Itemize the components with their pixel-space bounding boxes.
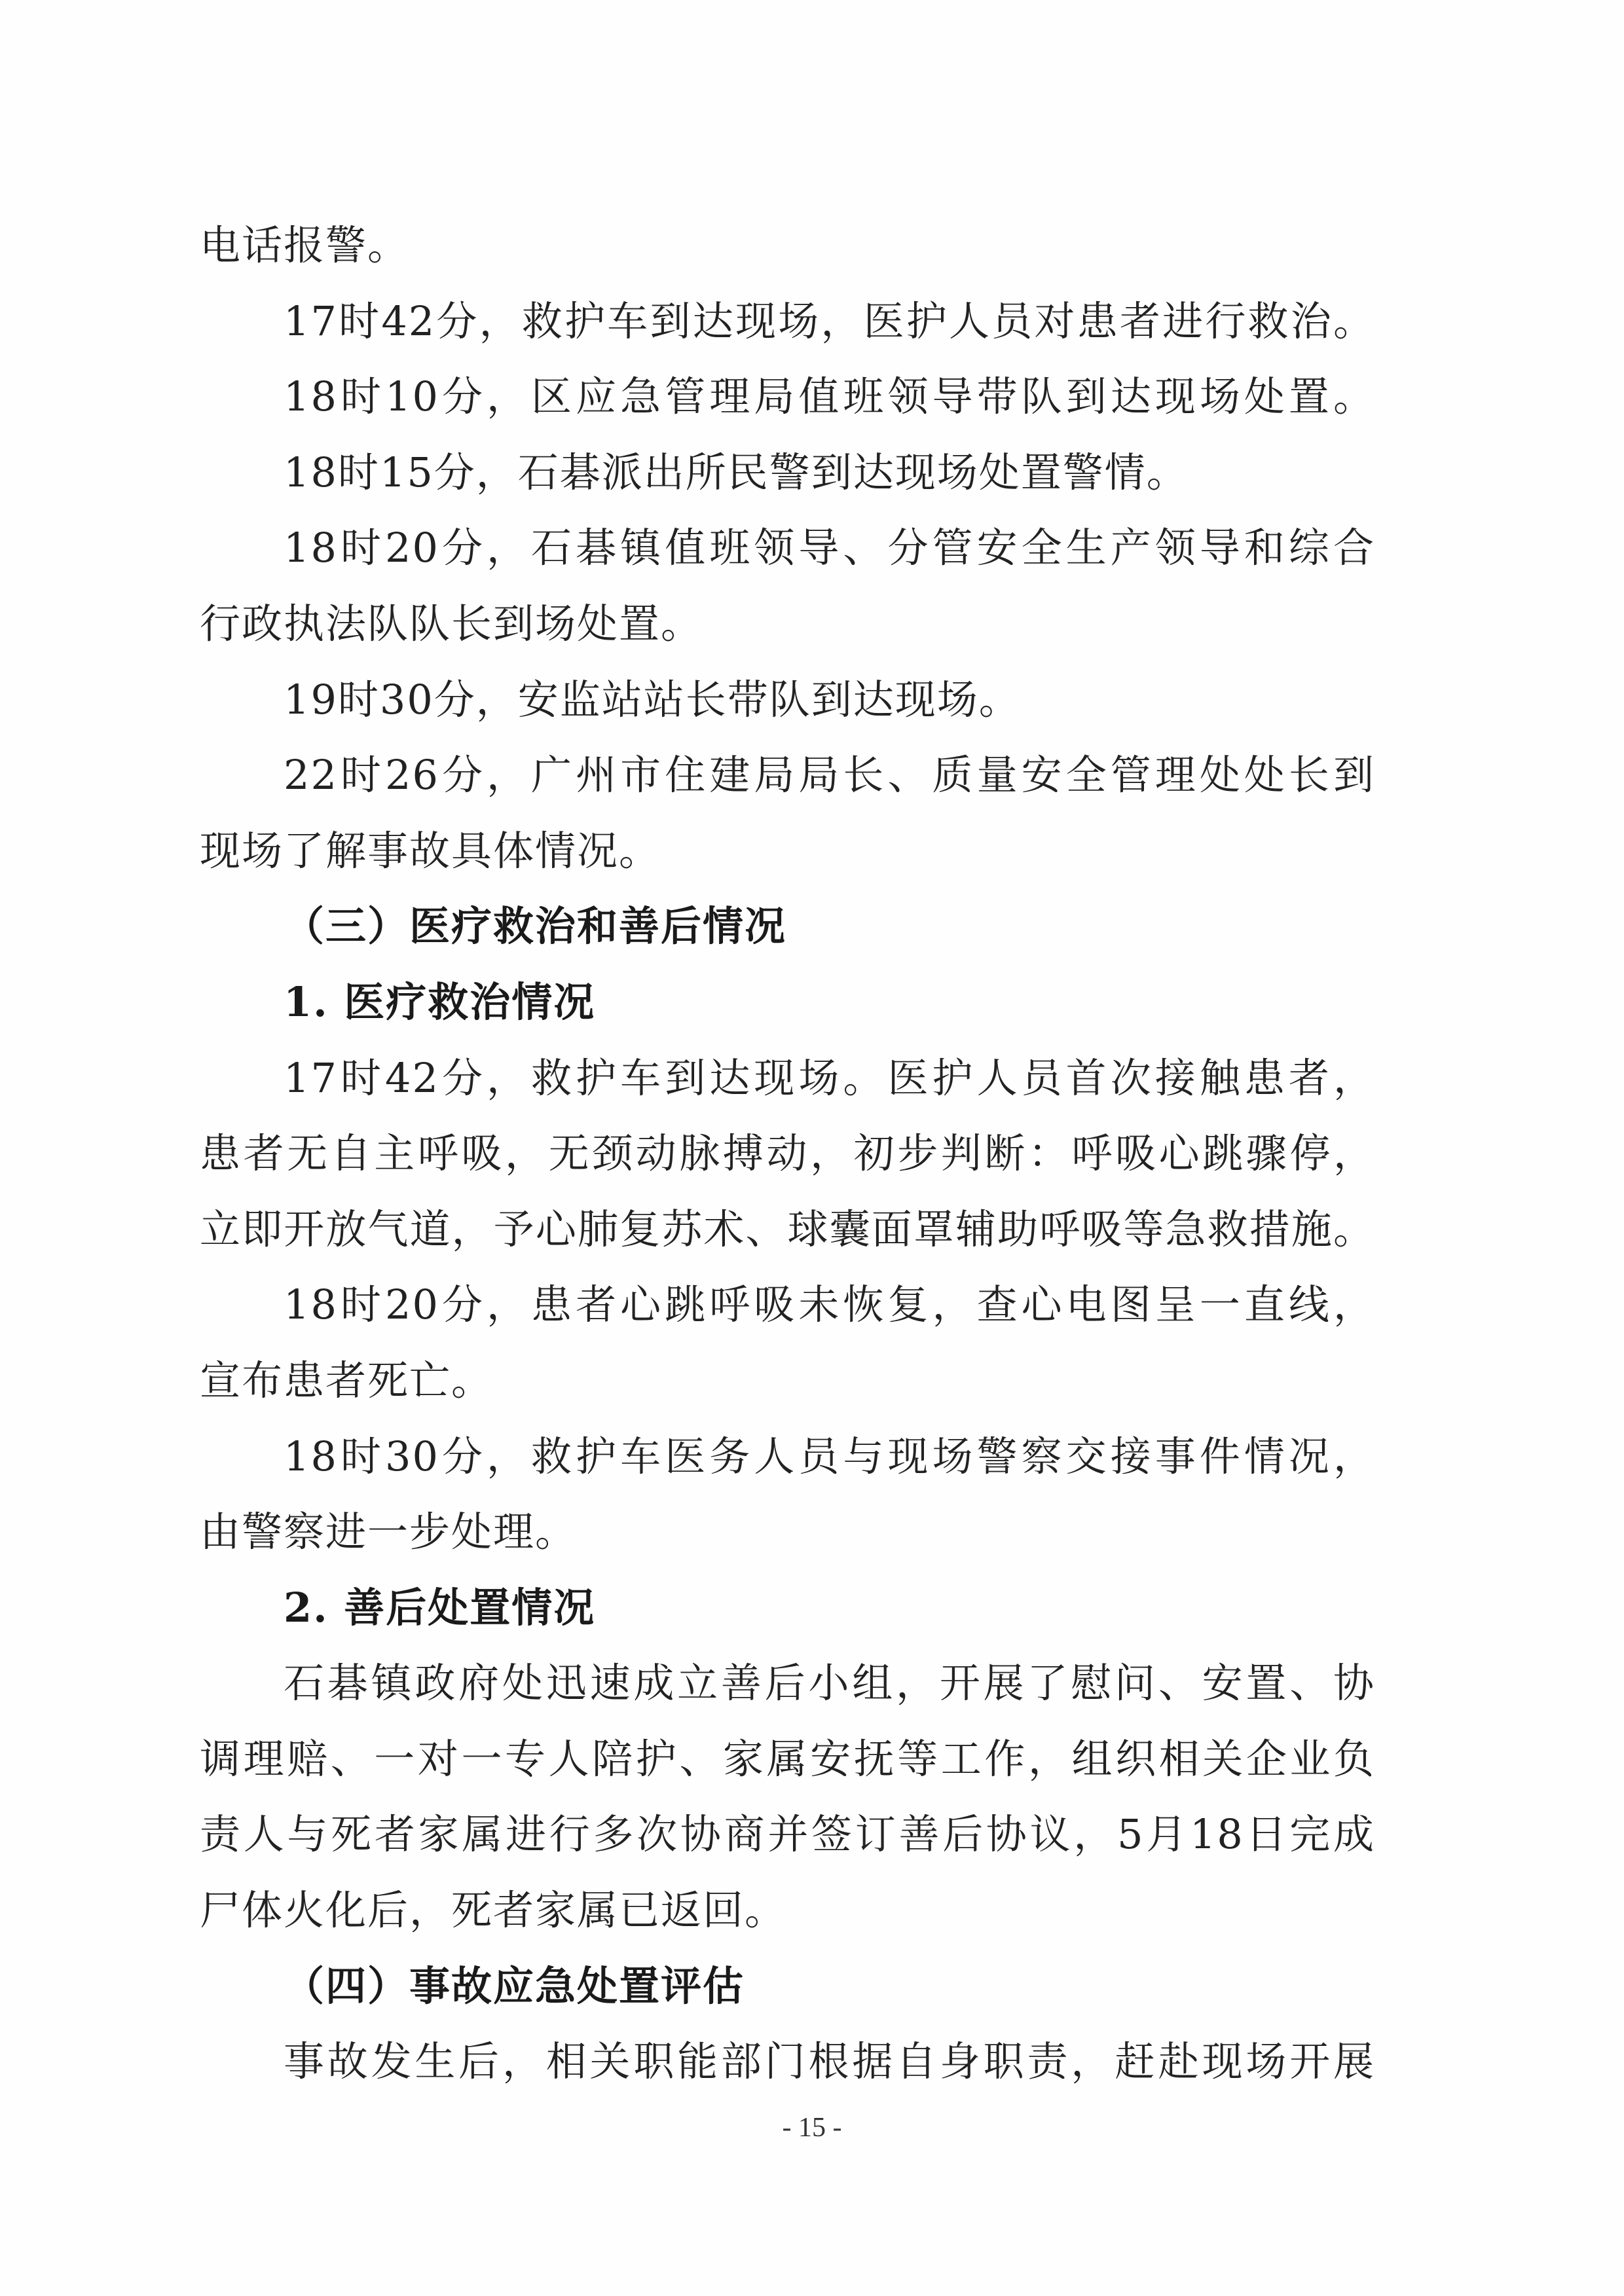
text-line: 18时15分，石碁派出所民警到达现场处置警情。 <box>200 435 1375 511</box>
text-line: 18时10分，区应急管理局值班领导带队到达现场处置。 <box>200 359 1375 435</box>
text-line: 18时20分，患者心跳呼吸未恢复，查心电图呈一直线， <box>200 1267 1375 1343</box>
text-line: 17时42分，救护车到达现场，医护人员对患者进行救治。 <box>200 283 1375 359</box>
text-line: 18时20分，石碁镇值班领导、分管安全生产领导和综合 <box>200 510 1375 586</box>
text-line: 尸体火化后，死者家属已返回。 <box>200 1872 1375 1948</box>
section-heading: （四）事故应急处置评估 <box>200 1948 1375 2024</box>
subsection-heading: 2. 善后处置情况 <box>200 1570 1375 1646</box>
subsection-heading: 1. 医疗救治情况 <box>200 964 1375 1040</box>
text-line: 17时42分，救护车到达现场。医护人员首次接触患者， <box>200 1040 1375 1116</box>
text-line: 行政执法队队长到场处置。 <box>200 586 1375 662</box>
text-line: 电话报警。 <box>200 208 1375 283</box>
text-line: 22时26分，广州市住建局局长、质量安全管理处处长到 <box>200 737 1375 813</box>
text-line: 石碁镇政府处迅速成立善后小组，开展了慰问、安置、协 <box>200 1645 1375 1721</box>
text-line: 调理赔、一对一专人陪护、家属安抚等工作，组织相关企业负 <box>200 1721 1375 1797</box>
text-line: 责人与死者家属进行多次协商并签订善后协议，5月18日完成 <box>200 1796 1375 1872</box>
text-line: 患者无自主呼吸，无颈动脉搏动，初步判断：呼吸心跳骤停， <box>200 1116 1375 1192</box>
body-text: 电话报警。 17时42分，救护车到达现场，医护人员对患者进行救治。 18时10分… <box>200 208 1375 2100</box>
text-line: 18时30分，救护车医务人员与现场警察交接事件情况， <box>200 1419 1375 1495</box>
text-line: 事故发生后，相关职能部门根据自身职责，赶赴现场开展 <box>200 2024 1375 2100</box>
text-line: 宣布患者死亡。 <box>200 1343 1375 1419</box>
section-heading: （三）医疗救治和善后情况 <box>200 888 1375 964</box>
page-number: - 15 - <box>0 2109 1624 2146</box>
text-line: 现场了解事故具体情况。 <box>200 813 1375 889</box>
document-page: 电话报警。 17时42分，救护车到达现场，医护人员对患者进行救治。 18时10分… <box>0 0 1624 2296</box>
text-line: 由警察进一步处理。 <box>200 1494 1375 1570</box>
text-line: 19时30分，安监站站长带队到达现场。 <box>200 662 1375 738</box>
text-line: 立即开放气道，予心肺复苏术、球囊面罩辅助呼吸等急救措施。 <box>200 1192 1375 1267</box>
